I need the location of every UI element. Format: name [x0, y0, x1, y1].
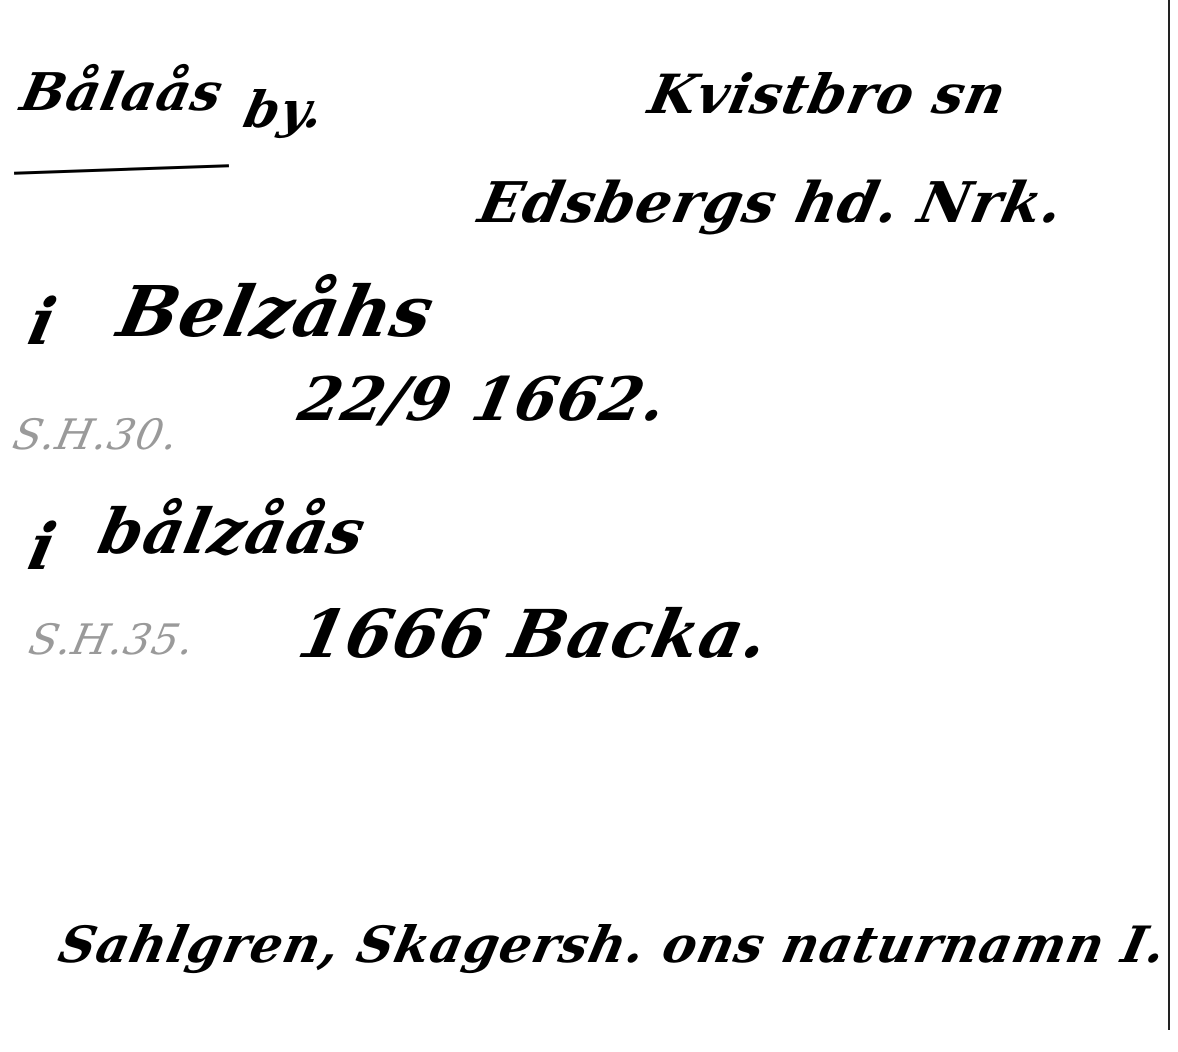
district-name: Edsbergs hd. Nrk.	[473, 170, 1070, 236]
source-citation: Sahlgren, Skagersh. ons naturnamn I.	[54, 915, 1172, 974]
place-name: Bålaås	[16, 62, 229, 123]
entry-2-form: bålzåås	[92, 495, 372, 568]
entry-1-form: Belzåhs	[111, 270, 441, 353]
place-name-underline	[14, 164, 229, 175]
card-edge-line	[1168, 0, 1170, 1030]
entry-2-source-ref: S.H.35.	[25, 615, 200, 664]
entry-1-source-ref: S.H.30.	[9, 410, 184, 459]
entry-1-prefix: i	[22, 285, 63, 360]
entry-2-prefix: i	[22, 510, 63, 585]
settlement-type: by.	[239, 80, 330, 139]
entry-2-date-place: 1666 Backa.	[292, 595, 776, 673]
entry-1-date: 22/9 1662.	[293, 365, 674, 435]
parish-name: Kvistbro sn	[643, 62, 1012, 126]
archive-card: Bålaås by. Kvistbro sn Edsbergs hd. Nrk.…	[0, 0, 1178, 1052]
